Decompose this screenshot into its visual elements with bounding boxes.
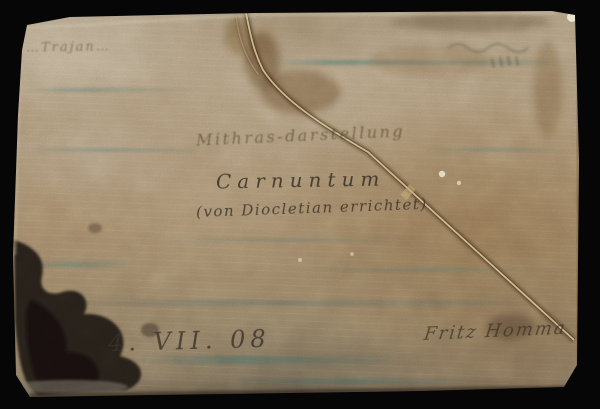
- plaster-panel: …Trajan… Mithras-darstellung Carnuntum (…: [0, 0, 600, 409]
- vignette-shadow: [0, 0, 600, 409]
- photo-background: …Trajan… Mithras-darstellung Carnuntum (…: [0, 0, 600, 409]
